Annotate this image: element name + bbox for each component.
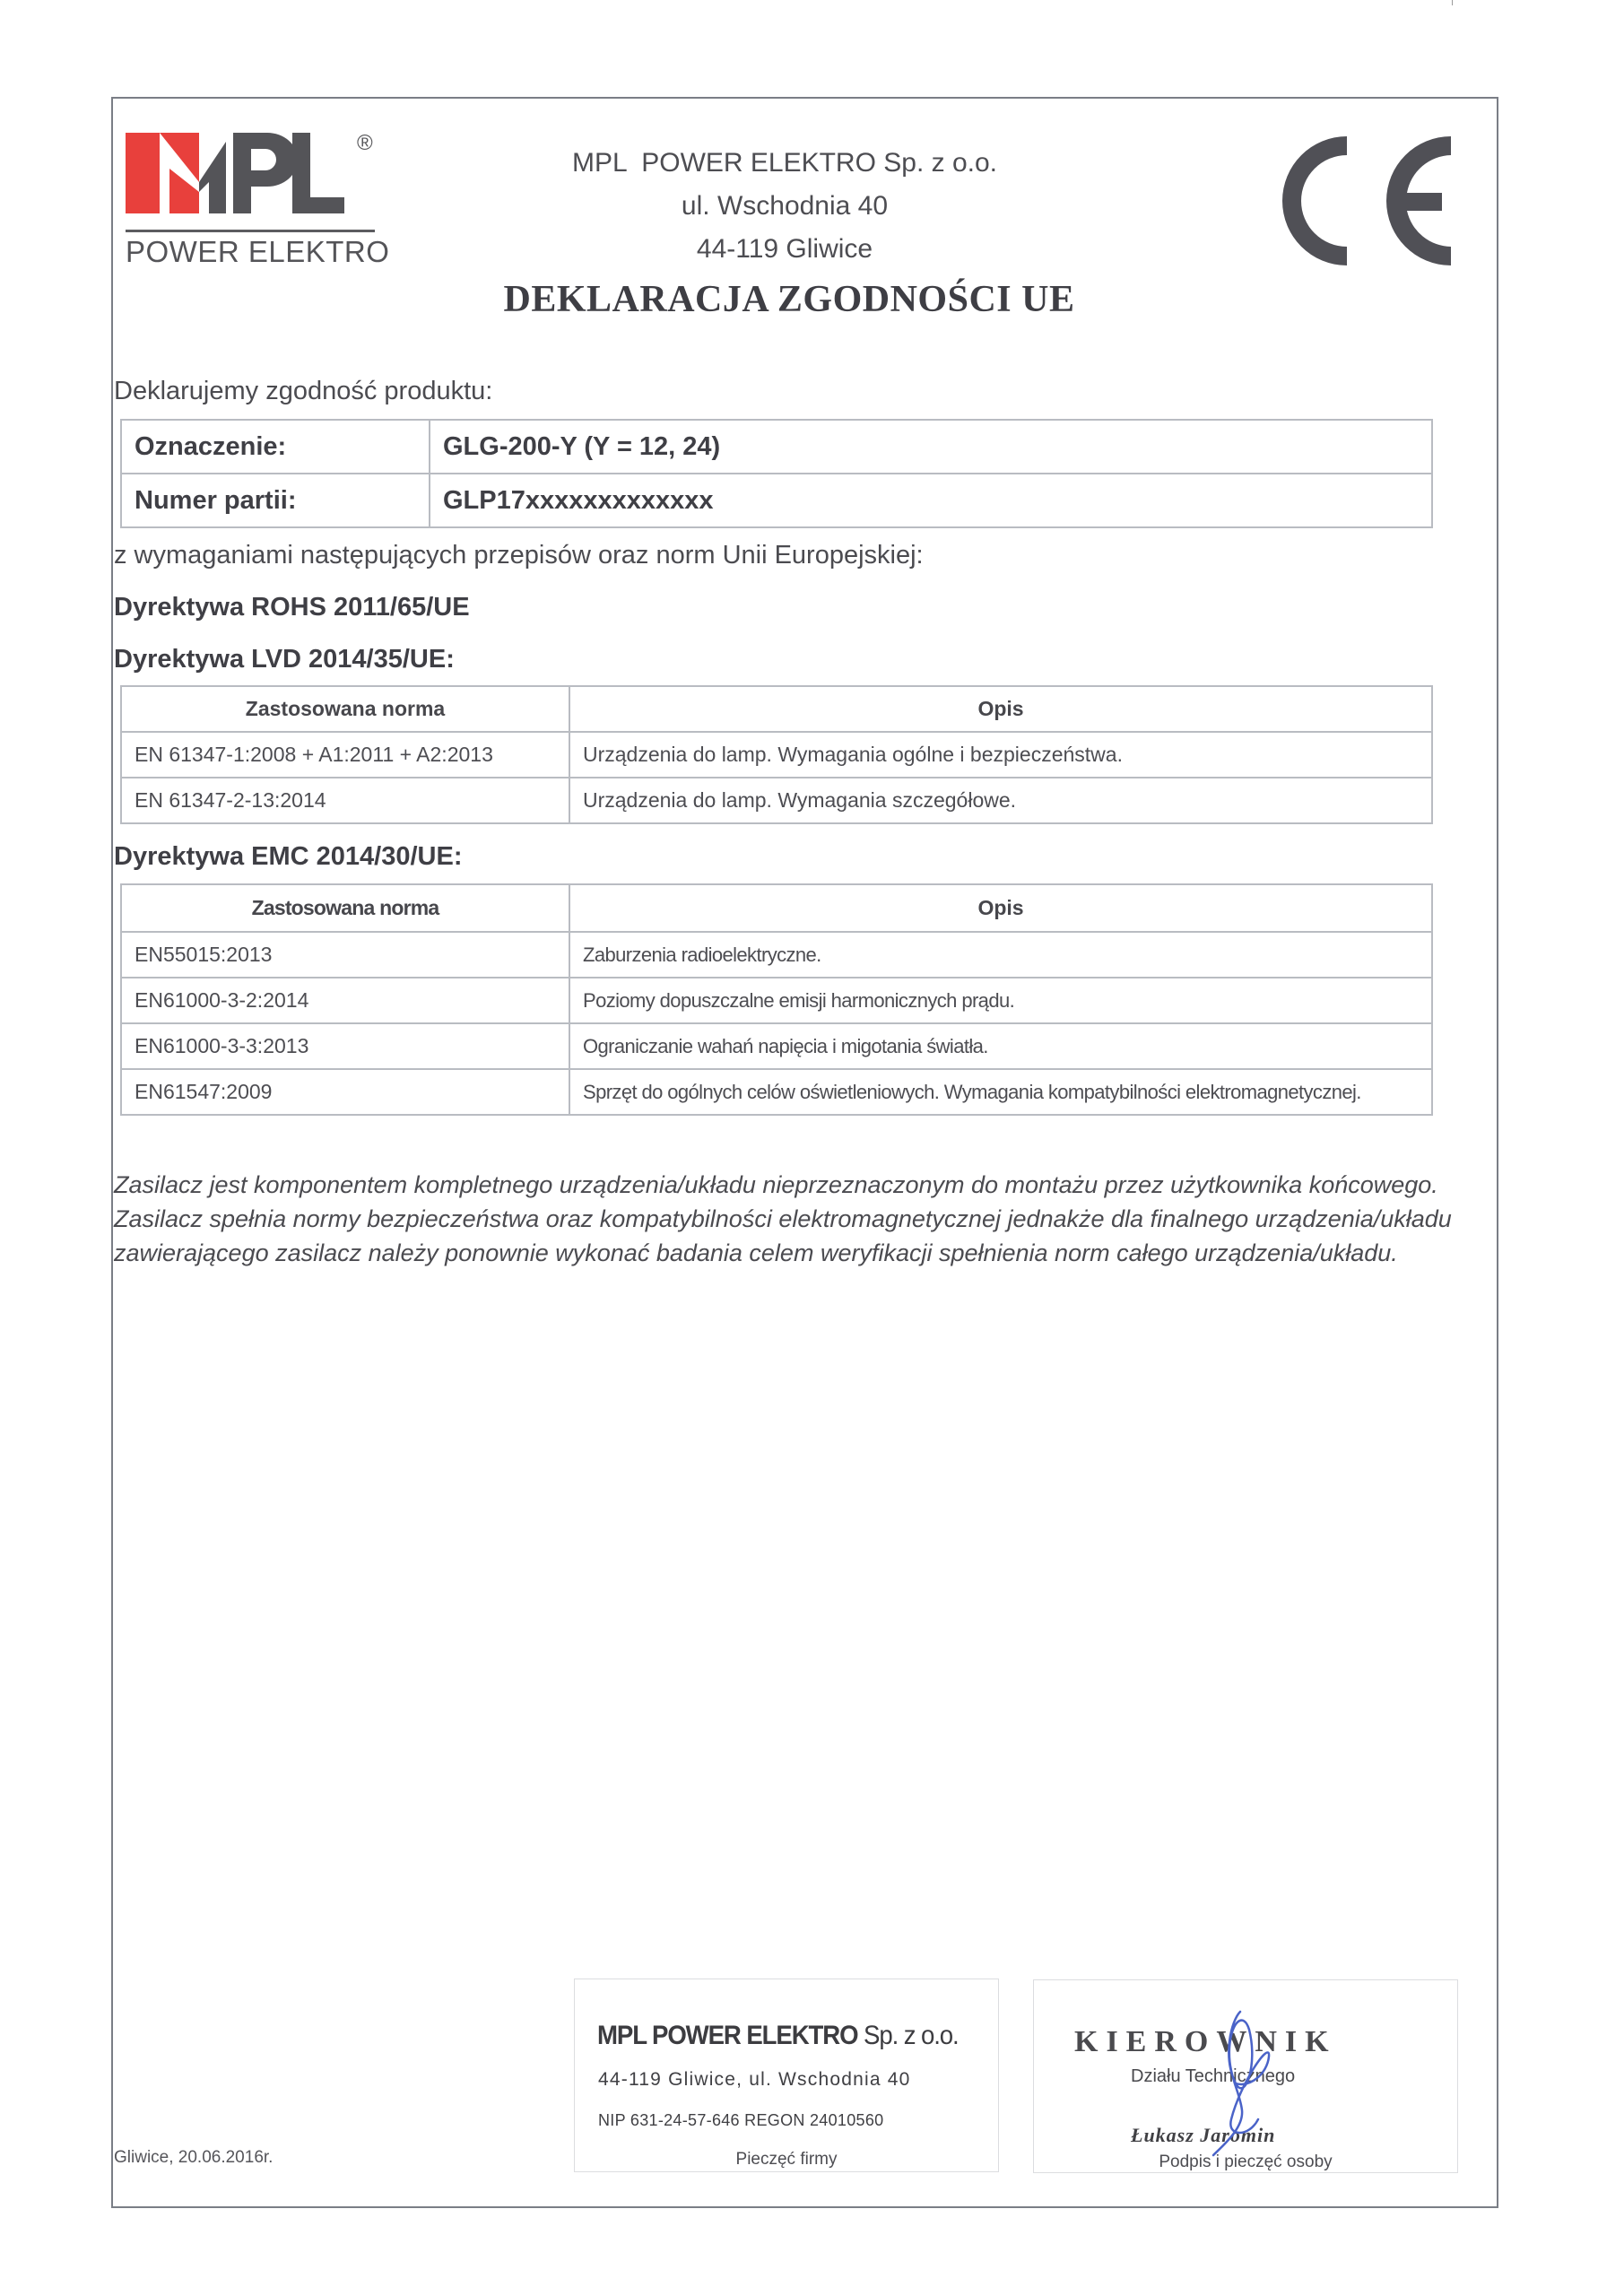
- ce-mark-icon: [1272, 129, 1469, 273]
- table-row: EN 61347-1:2008 + A1:2011 + A2:2013 Urzą…: [121, 732, 1432, 778]
- emc-norms-table: Zastosowana norma Opis EN55015:2013 Zabu…: [120, 883, 1433, 1116]
- norm-cell: EN55015:2013: [121, 932, 569, 978]
- signature-caption: Podpis i pieczęć osoby: [1034, 2152, 1457, 2172]
- company-stamp: MPL POWER ELEKTRO Sp. z o.o. 44-119 Gliw…: [574, 1979, 999, 2172]
- note-line: Zasilacz jest komponentem kompletnego ur…: [114, 1168, 1452, 1202]
- handwritten-signature-icon: [1186, 2003, 1294, 2164]
- column-header-description: Opis: [569, 686, 1432, 732]
- directive-emc-title: Dyrektywa EMC 2014/30/UE:: [114, 842, 462, 872]
- description-cell: Poziomy dopuszczalne emisji harmonicznyc…: [569, 978, 1432, 1023]
- column-header-norm: Zastosowana norma: [121, 686, 569, 732]
- directive-rohs-title: Dyrektywa ROHS 2011/65/UE: [114, 593, 470, 622]
- norm-cell: EN61000-3-2:2014: [121, 978, 569, 1023]
- norm-cell: EN 61347-2-13:2014: [121, 778, 569, 823]
- product-value: GLG-200-Y (Y = 12, 24): [430, 420, 1432, 474]
- disclaimer-note: Zasilacz jest komponentem kompletnego ur…: [114, 1168, 1452, 1270]
- table-header-row: Zastosowana norma Opis: [121, 686, 1432, 732]
- signature-stamp: KIEROWNIK Działu Technicznego Łukasz Jar…: [1033, 1979, 1458, 2173]
- registered-mark: ®: [357, 131, 373, 156]
- intro-text: Deklarujemy zgodność produktu:: [114, 377, 492, 406]
- norm-cell: EN 61347-1:2008 + A1:2011 + A2:2013: [121, 732, 569, 778]
- logo-subtitle: POWER ELEKTRO: [126, 235, 389, 269]
- company-address: MPL POWER ELEKTRO Sp. z o.o. ul. Wschodn…: [556, 142, 1013, 271]
- column-header-norm: Zastosowana norma: [121, 884, 569, 932]
- stamp-company-name-bold: MPL POWER ELEKTRO: [597, 2021, 857, 2050]
- table-header-row: Zastosowana norma Opis: [121, 884, 1432, 932]
- norm-cell: EN61000-3-3:2013: [121, 1023, 569, 1069]
- company-city: 44-119 Gliwice: [556, 228, 1013, 271]
- stamp-address: 44-119 Gliwice, ul. Wschodnia 40: [598, 2069, 911, 2091]
- column-header-description: Opis: [569, 884, 1432, 932]
- stamp-company-name: MPL POWER ELEKTRO Sp. z o.o.: [597, 2021, 959, 2051]
- product-table: Oznaczenie: GLG-200-Y (Y = 12, 24) Numer…: [120, 419, 1433, 528]
- description-cell: Urządzenia do lamp. Wymagania ogólne i b…: [569, 732, 1432, 778]
- directive-lvd-title: Dyrektywa LVD 2014/35/UE:: [114, 645, 455, 674]
- product-label: Oznaczenie:: [121, 420, 430, 474]
- batch-value: GLP17xxxxxxxxxxxxx: [430, 474, 1432, 527]
- company-street: ul. Wschodnia 40: [556, 185, 1013, 228]
- logo-divider: [126, 230, 375, 232]
- note-line: zawierającego zasilacz należy ponownie w…: [114, 1236, 1452, 1270]
- scan-mark: [1452, 0, 1453, 5]
- company-name: MPL POWER ELEKTRO Sp. z o.o.: [556, 142, 1013, 185]
- document-frame: [111, 97, 1498, 2208]
- description-cell: Urządzenia do lamp. Wymagania szczegółow…: [569, 778, 1432, 823]
- description-cell: Zaburzenia radioelektryczne.: [569, 932, 1432, 978]
- place-and-date: Gliwice, 20.06.2016r.: [114, 2148, 273, 2168]
- stamp-caption: Pieczęć firmy: [575, 2150, 998, 2170]
- table-row: EN 61347-2-13:2014 Urządzenia do lamp. W…: [121, 778, 1432, 823]
- norm-cell: EN61547:2009: [121, 1069, 569, 1115]
- company-logo: ® POWER ELEKTRO: [126, 133, 377, 267]
- note-line: Zasilacz spełnia normy bezpieczeństwa or…: [114, 1202, 1452, 1236]
- lvd-norms-table: Zastosowana norma Opis EN 61347-1:2008 +…: [120, 685, 1433, 824]
- description-cell: Sprzęt do ogólnych celów oświetleniowych…: [569, 1069, 1432, 1115]
- document-title: DEKLARACJA ZGODNOŚCI UE: [430, 278, 1148, 321]
- table-row: Oznaczenie: GLG-200-Y (Y = 12, 24): [121, 420, 1432, 474]
- batch-label: Numer partii:: [121, 474, 430, 527]
- stamp-company-name-suffix: Sp. z o.o.: [857, 2021, 958, 2050]
- mpl-logo-mark-icon: [126, 133, 355, 215]
- table-row: Numer partii: GLP17xxxxxxxxxxxxx: [121, 474, 1432, 527]
- requirements-intro: z wymaganiami następujących przepisów or…: [114, 541, 924, 570]
- table-row: EN61547:2009 Sprzęt do ogólnych celów oś…: [121, 1069, 1432, 1115]
- description-cell: Ograniczanie wahań napięcia i migotania …: [569, 1023, 1432, 1069]
- stamp-tax-ids: NIP 631-24-57-646 REGON 24010560: [598, 2111, 883, 2130]
- table-row: EN55015:2013 Zaburzenia radioelektryczne…: [121, 932, 1432, 978]
- table-row: EN61000-3-3:2013 Ograniczanie wahań napi…: [121, 1023, 1432, 1069]
- table-row: EN61000-3-2:2014 Poziomy dopuszczalne em…: [121, 978, 1432, 1023]
